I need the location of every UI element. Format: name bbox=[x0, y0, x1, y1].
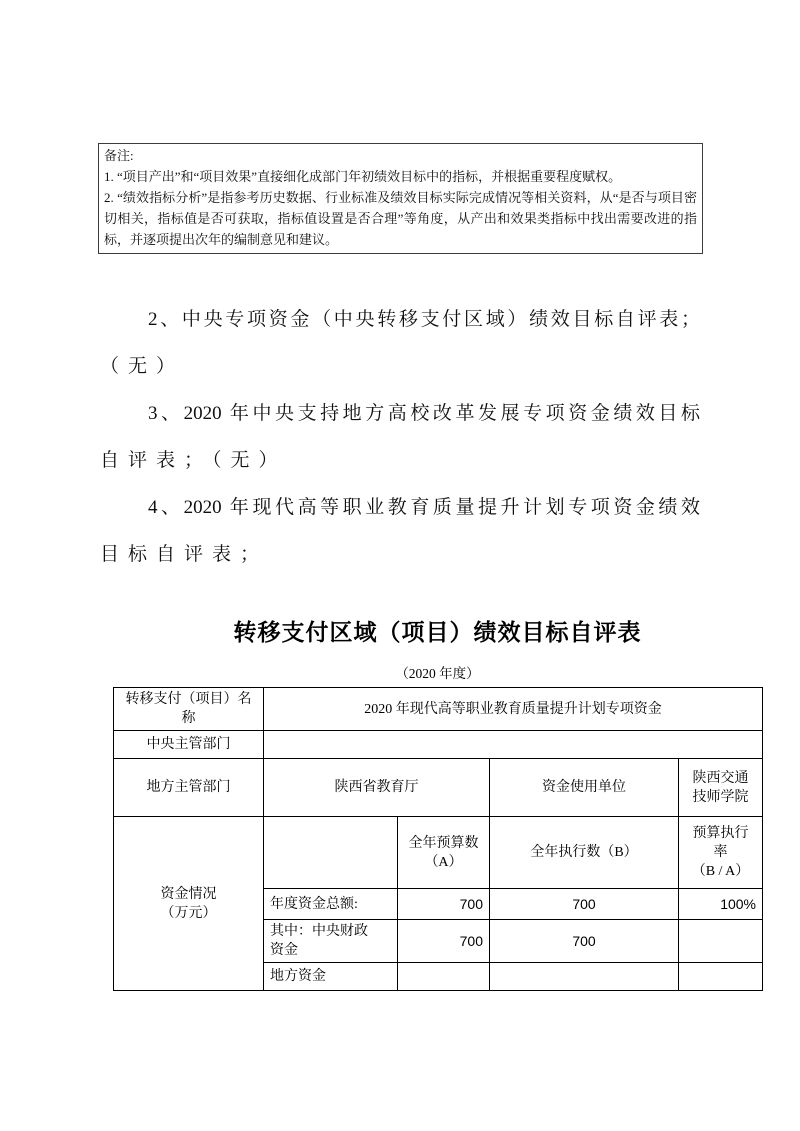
row-funds-header: 资金情况 （万元） 全年预算数 （A） 全年执行数（B） 预算执行 率 （B /… bbox=[114, 817, 763, 889]
exec-header-cell: 全年执行数（B） bbox=[490, 817, 679, 889]
fund-user-label-cell: 资金使用单位 bbox=[490, 759, 679, 817]
local-fund-rate-cell bbox=[679, 963, 763, 991]
total-rate-cell: 100% bbox=[679, 889, 763, 920]
name-value-cell: 2020 年现代高等职业教育质量提升计划专项资金 bbox=[264, 688, 763, 731]
paragraph-3-line-2: 自评表；（无） bbox=[100, 437, 700, 484]
central-fund-label-cell: 其中：中央财政 资金 bbox=[264, 920, 398, 963]
note-title: 备注: bbox=[104, 145, 697, 166]
body-paragraphs: 2、中央专项资金（中央转移支付区域）绩效目标自评表； （无） 3、2020 年中… bbox=[100, 296, 700, 578]
row-transfer-name: 转移支付（项目）名 称 2020 年现代高等职业教育质量提升计划专项资金 bbox=[114, 688, 763, 731]
paragraph-3-line-1: 3、2020 年中央支持地方高校改革发展专项资金绩效目标 bbox=[100, 390, 700, 437]
table-title: 转移支付区域（项目）绩效目标自评表 bbox=[113, 615, 762, 649]
total-budget-cell: 700 bbox=[398, 889, 490, 920]
funds-label-cell: 资金情况 （万元） bbox=[114, 817, 264, 991]
local-fund-label-cell: 地方资金 bbox=[264, 963, 398, 991]
local-dept-value-cell: 陕西省教育厅 bbox=[264, 759, 490, 817]
central-fund-exec-cell: 700 bbox=[490, 920, 679, 963]
name-label-cell: 转移支付（项目）名 称 bbox=[114, 688, 264, 731]
total-exec-cell: 700 bbox=[490, 889, 679, 920]
paragraph-4-line-2: 目标自评表； bbox=[100, 531, 700, 578]
document-page: 备注: 1. “项目产出”和“项目效果”直接细化成部门年初绩效目标中的指标，并根… bbox=[0, 0, 800, 1131]
central-fund-budget-cell: 700 bbox=[398, 920, 490, 963]
paragraph-2-line-2: （无） bbox=[100, 343, 700, 390]
self-evaluation-table: 转移支付（项目）名 称 2020 年现代高等职业教育质量提升计划专项资金 中央主… bbox=[113, 687, 763, 991]
fund-user-value-cell: 陕西交通 技师学院 bbox=[679, 759, 763, 817]
funds-spacer-cell bbox=[264, 817, 398, 889]
note-item-1: 1. “项目产出”和“项目效果”直接细化成部门年初绩效目标中的指标，并根据重要程… bbox=[104, 166, 697, 187]
total-label-cell: 年度资金总额: bbox=[264, 889, 398, 920]
row-local-dept: 地方主管部门 陕西省教育厅 资金使用单位 陕西交通 技师学院 bbox=[114, 759, 763, 817]
paragraph-2-line-1: 2、中央专项资金（中央转移支付区域）绩效目标自评表； bbox=[100, 296, 700, 343]
central-dept-value-cell bbox=[264, 731, 763, 759]
local-fund-budget-cell bbox=[398, 963, 490, 991]
central-dept-label-cell: 中央主管部门 bbox=[114, 731, 264, 759]
row-central-dept: 中央主管部门 bbox=[114, 731, 763, 759]
note-item-2: 2. “绩效指标分析”是指参考历史数据、行业标准及绩效目标实际完成情况等相关资料… bbox=[104, 187, 697, 250]
paragraph-4-line-1: 4、2020 年现代高等职业教育质量提升计划专项资金绩效 bbox=[100, 484, 700, 531]
local-fund-exec-cell bbox=[490, 963, 679, 991]
rate-header-cell: 预算执行 率 （B / A） bbox=[679, 817, 763, 889]
central-fund-rate-cell bbox=[679, 920, 763, 963]
budget-header-cell: 全年预算数 （A） bbox=[398, 817, 490, 889]
table-subtitle: （2020 年度） bbox=[113, 664, 762, 684]
local-dept-label-cell: 地方主管部门 bbox=[114, 759, 264, 817]
notes-box: 备注: 1. “项目产出”和“项目效果”直接细化成部门年初绩效目标中的指标，并根… bbox=[98, 143, 703, 254]
